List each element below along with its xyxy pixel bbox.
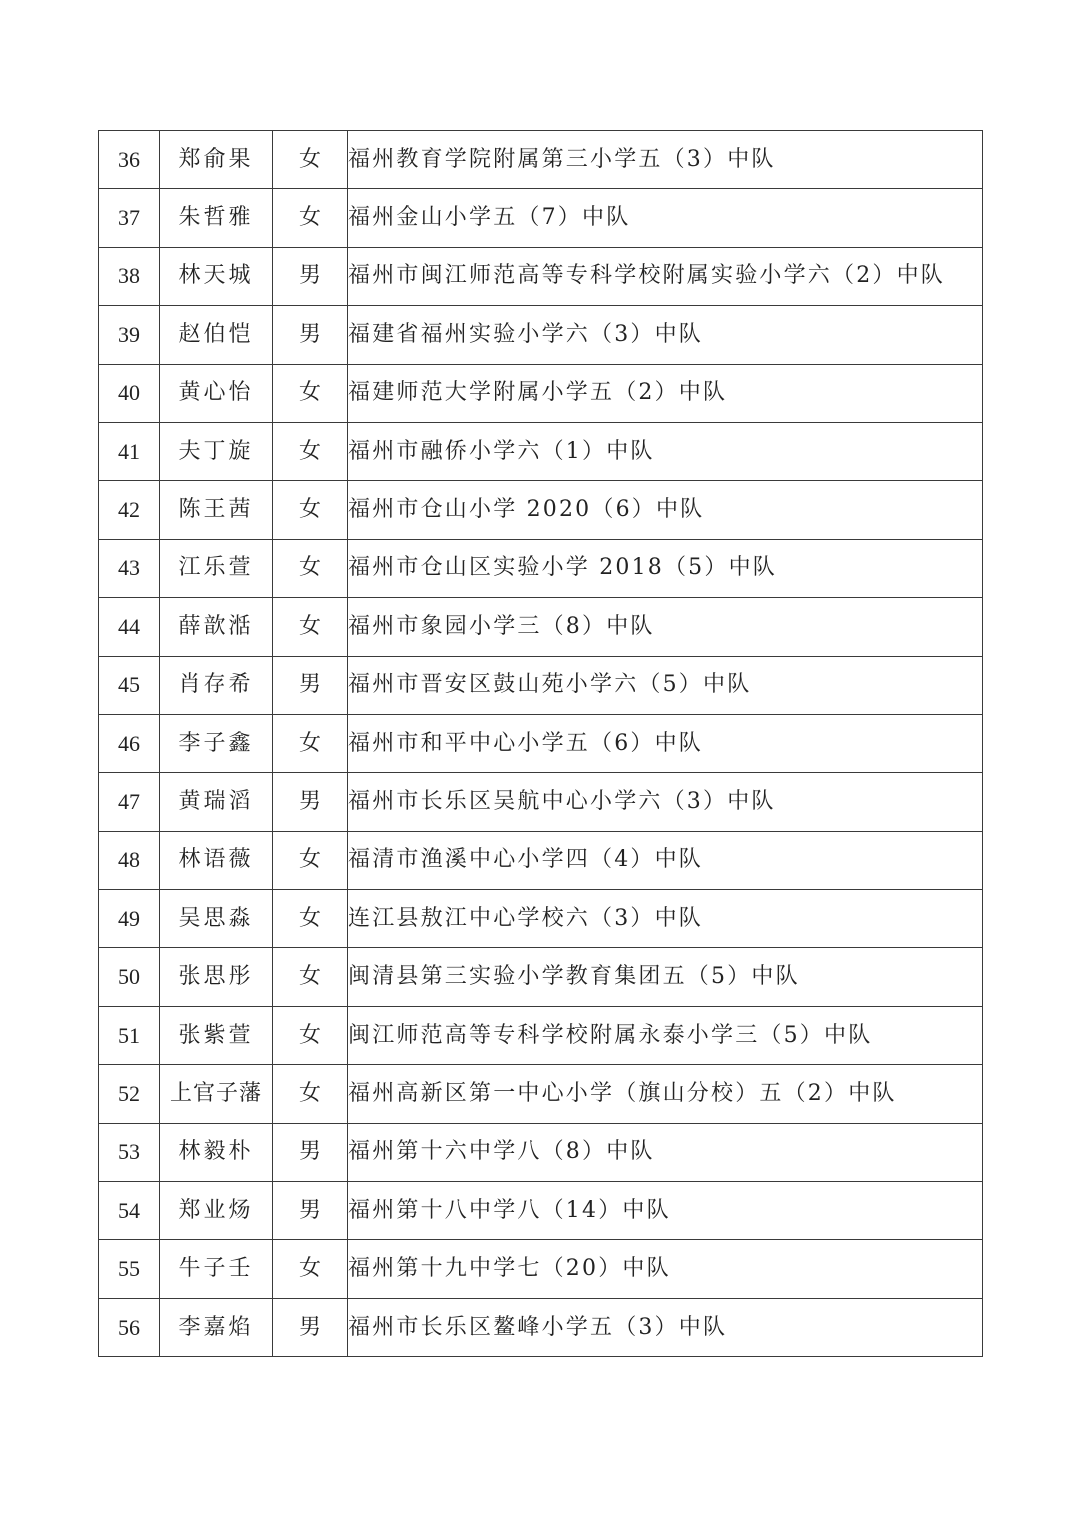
- student-gender: 女: [273, 1065, 348, 1123]
- student-name: 林天城: [160, 247, 273, 305]
- student-gender: 男: [273, 656, 348, 714]
- student-name: 林毅朴: [160, 1123, 273, 1181]
- row-number: 48: [99, 831, 160, 889]
- student-name: 江乐萱: [160, 539, 273, 597]
- student-gender: 女: [273, 598, 348, 656]
- table-row: 36郑俞果女福州教育学院附属第三小学五（3）中队: [99, 131, 983, 189]
- student-name: 陈王茜: [160, 481, 273, 539]
- school-squad: 福州市长乐区鳌峰小学五（3）中队: [348, 1298, 983, 1356]
- school-squad: 福州市长乐区吴航中心小学六（3）中队: [348, 773, 983, 831]
- row-number: 38: [99, 247, 160, 305]
- student-name: 赵伯恺: [160, 306, 273, 364]
- student-name: 张思彤: [160, 948, 273, 1006]
- student-name: 张紫萱: [160, 1006, 273, 1064]
- student-gender: 女: [273, 714, 348, 772]
- table-row: 51张紫萱女闽江师范高等专科学校附属永泰小学三（5）中队: [99, 1006, 983, 1064]
- student-name: 吴思淼: [160, 890, 273, 948]
- student-gender: 女: [273, 131, 348, 189]
- row-number: 49: [99, 890, 160, 948]
- student-gender: 男: [273, 1123, 348, 1181]
- row-number: 43: [99, 539, 160, 597]
- school-squad: 福州第十六中学八（8）中队: [348, 1123, 983, 1181]
- table-row: 46李子鑫女福州市和平中心小学五（6）中队: [99, 714, 983, 772]
- student-gender: 男: [273, 773, 348, 831]
- student-name: 朱哲雅: [160, 189, 273, 247]
- student-name: 郑业炀: [160, 1182, 273, 1240]
- table-row: 49吴思淼女连江县敖江中心学校六（3）中队: [99, 890, 983, 948]
- row-number: 46: [99, 714, 160, 772]
- student-gender: 女: [273, 422, 348, 480]
- student-gender: 女: [273, 189, 348, 247]
- table-row: 39赵伯恺男福建省福州实验小学六（3）中队: [99, 306, 983, 364]
- student-gender: 女: [273, 890, 348, 948]
- table-row: 54郑业炀男福州第十八中学八（14）中队: [99, 1182, 983, 1240]
- table-row: 53林毅朴男福州第十六中学八（8）中队: [99, 1123, 983, 1181]
- school-squad: 福建师范大学附属小学五（2）中队: [348, 364, 983, 422]
- row-number: 51: [99, 1006, 160, 1064]
- student-gender: 女: [273, 831, 348, 889]
- student-name: 薛歆湉: [160, 598, 273, 656]
- school-squad: 福州市象园小学三（8）中队: [348, 598, 983, 656]
- student-name: 李嘉焰: [160, 1298, 273, 1356]
- school-squad: 福州市和平中心小学五（6）中队: [348, 714, 983, 772]
- school-squad: 福州高新区第一中心小学（旗山分校）五（2）中队: [348, 1065, 983, 1123]
- row-number: 37: [99, 189, 160, 247]
- school-squad: 福州市闽江师范高等专科学校附属实验小学六（2）中队: [348, 247, 983, 305]
- table-row: 50张思彤女闽清县第三实验小学教育集团五（5）中队: [99, 948, 983, 1006]
- school-squad: 福州金山小学五（7）中队: [348, 189, 983, 247]
- student-name: 黄瑞滔: [160, 773, 273, 831]
- student-gender: 女: [273, 948, 348, 1006]
- table-row: 41夫丁旋女福州市融侨小学六（1）中队: [99, 422, 983, 480]
- student-name: 肖存希: [160, 656, 273, 714]
- roster-table-body: 36郑俞果女福州教育学院附属第三小学五（3）中队 37朱哲雅女福州金山小学五（7…: [99, 131, 983, 1357]
- row-number: 36: [99, 131, 160, 189]
- student-gender: 男: [273, 1298, 348, 1356]
- row-number: 53: [99, 1123, 160, 1181]
- row-number: 40: [99, 364, 160, 422]
- student-name: 夫丁旋: [160, 422, 273, 480]
- table-row: 42陈王茜女福州市仓山小学 2020（6）中队: [99, 481, 983, 539]
- table-row: 48林语薇女福清市渔溪中心小学四（4）中队: [99, 831, 983, 889]
- student-gender: 女: [273, 364, 348, 422]
- table-row: 47黄瑞滔男福州市长乐区吴航中心小学六（3）中队: [99, 773, 983, 831]
- row-number: 44: [99, 598, 160, 656]
- school-squad: 闽清县第三实验小学教育集团五（5）中队: [348, 948, 983, 1006]
- table-row: 38林天城男福州市闽江师范高等专科学校附属实验小学六（2）中队: [99, 247, 983, 305]
- school-squad: 福建省福州实验小学六（3）中队: [348, 306, 983, 364]
- table-row: 55牛子壬女福州第十九中学七（20）中队: [99, 1240, 983, 1298]
- row-number: 50: [99, 948, 160, 1006]
- row-number: 47: [99, 773, 160, 831]
- student-name: 上官子藩: [160, 1065, 273, 1123]
- table-row: 44薛歆湉女福州市象园小学三（8）中队: [99, 598, 983, 656]
- table-row: 40黄心怡女福建师范大学附属小学五（2）中队: [99, 364, 983, 422]
- table-row: 52上官子藩女福州高新区第一中心小学（旗山分校）五（2）中队: [99, 1065, 983, 1123]
- table-row: 43江乐萱女福州市仓山区实验小学 2018（5）中队: [99, 539, 983, 597]
- row-number: 39: [99, 306, 160, 364]
- table-row: 56李嘉焰男福州市长乐区鳌峰小学五（3）中队: [99, 1298, 983, 1356]
- school-squad: 福州市融侨小学六（1）中队: [348, 422, 983, 480]
- school-squad: 连江县敖江中心学校六（3）中队: [348, 890, 983, 948]
- school-squad: 福州市仓山小学 2020（6）中队: [348, 481, 983, 539]
- school-squad: 闽江师范高等专科学校附属永泰小学三（5）中队: [348, 1006, 983, 1064]
- document-page: 36郑俞果女福州教育学院附属第三小学五（3）中队 37朱哲雅女福州金山小学五（7…: [0, 0, 1080, 1527]
- table-row: 45肖存希男福州市晋安区鼓山苑小学六（5）中队: [99, 656, 983, 714]
- student-name: 郑俞果: [160, 131, 273, 189]
- student-name: 黄心怡: [160, 364, 273, 422]
- student-gender: 男: [273, 247, 348, 305]
- table-row: 37朱哲雅女福州金山小学五（7）中队: [99, 189, 983, 247]
- student-name: 林语薇: [160, 831, 273, 889]
- school-squad: 福州市晋安区鼓山苑小学六（5）中队: [348, 656, 983, 714]
- student-gender: 男: [273, 1182, 348, 1240]
- student-name: 李子鑫: [160, 714, 273, 772]
- row-number: 41: [99, 422, 160, 480]
- school-squad: 福州教育学院附属第三小学五（3）中队: [348, 131, 983, 189]
- row-number: 56: [99, 1298, 160, 1356]
- student-gender: 女: [273, 539, 348, 597]
- student-gender: 女: [273, 481, 348, 539]
- roster-table: 36郑俞果女福州教育学院附属第三小学五（3）中队 37朱哲雅女福州金山小学五（7…: [98, 130, 983, 1357]
- row-number: 45: [99, 656, 160, 714]
- school-squad: 福州第十九中学七（20）中队: [348, 1240, 983, 1298]
- school-squad: 福州第十八中学八（14）中队: [348, 1182, 983, 1240]
- row-number: 42: [99, 481, 160, 539]
- row-number: 54: [99, 1182, 160, 1240]
- school-squad: 福清市渔溪中心小学四（4）中队: [348, 831, 983, 889]
- row-number: 55: [99, 1240, 160, 1298]
- student-name: 牛子壬: [160, 1240, 273, 1298]
- school-squad: 福州市仓山区实验小学 2018（5）中队: [348, 539, 983, 597]
- student-gender: 女: [273, 1006, 348, 1064]
- student-gender: 女: [273, 1240, 348, 1298]
- student-gender: 男: [273, 306, 348, 364]
- row-number: 52: [99, 1065, 160, 1123]
